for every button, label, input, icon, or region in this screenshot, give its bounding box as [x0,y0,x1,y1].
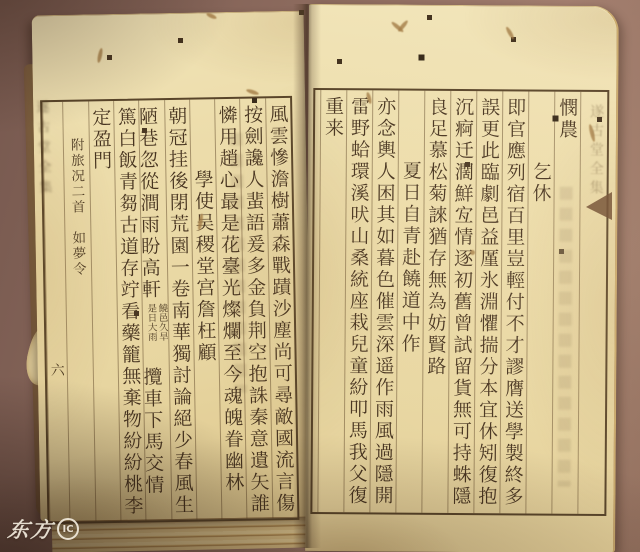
watermark-ic-badge: IC [57,518,79,540]
note-line: 是日大雨 [145,304,157,364]
page-fold-title: 遂古堂全集 [586,104,607,199]
text-column: 良足慕松菊誺猶存無為妨賢路 [421,91,450,513]
watermark-text: 东方 [6,514,56,544]
text-column: 沉痾迁濶鮮宐情逐初舊曾試留貨無可持蛛隱 [447,91,476,513]
photo-background: 遂古堂全集 風雲慘澹樹蕭森戰蹟沙塵尚可尋敵國流言傷 按劍讒人蜚語爰多金負荆空抱誅… [0,0,640,552]
page-number: 六 [51,360,65,380]
poem-title-column: 乞休 [525,91,554,513]
interlinear-note: 饒邑久旱是日大雨 [145,303,168,363]
text-column: 雷野蛤環溪吠山桑統座栽兒童紛叩馬我父復 [343,90,372,512]
left-text-frame: 風雲慘澹樹蕭森戰蹟沙塵尚可尋敵國流言傷 按劍讒人蜚語爰多金負荆空抱誅秦意遺矢誰 … [40,96,299,524]
poem-title-column: 憫農 [551,92,580,514]
spine-label: 遂古堂全集 [31,100,53,201]
poem-title-column: 重来 [317,90,346,512]
dog-ear-fold [586,192,612,220]
fold-margin: 遂古堂全集 [577,92,607,514]
right-text-frame: 遂古堂全集 憫農 乞休 即官應列宿百里豈輕付不才謬膺送學製終多 誤更此臨劇邑益厪… [310,88,609,516]
text-column: 亦念輿人困其如暮色催雲深遥作雨風過隱開 [369,90,398,512]
text-column: 誤更此臨劇邑益厪氷淵懼揣分本宜休矧復抱 [473,91,502,513]
right-page: 遂古堂全集 憫農 乞休 即官應列宿百里豈輕付不才謬膺送學製終多 誤更此臨劇邑益厪… [305,4,619,552]
left-page: 風雲慘澹樹蕭森戰蹟沙塵尚可尋敵國流言傷 按劍讒人蜚語爰多金負荆空抱誅秦意遺矢誰 … [32,11,313,522]
poem-title-column: 夏日自青赴饒道中作 [395,91,424,513]
text-column: 即官應列宿百里豈輕付不才謬膺送學製終多 [499,91,528,513]
book: 遂古堂全集 風雲慘澹樹蕭森戰蹟沙塵尚可尋敵國流言傷 按劍讒人蜚語爰多金負荆空抱誅… [0,0,640,552]
watermark: 东方 IC [8,514,79,544]
note-column-head: 陋巷忽從澗雨盼高軒 [138,106,161,301]
speck-marks [0,0,3,3]
